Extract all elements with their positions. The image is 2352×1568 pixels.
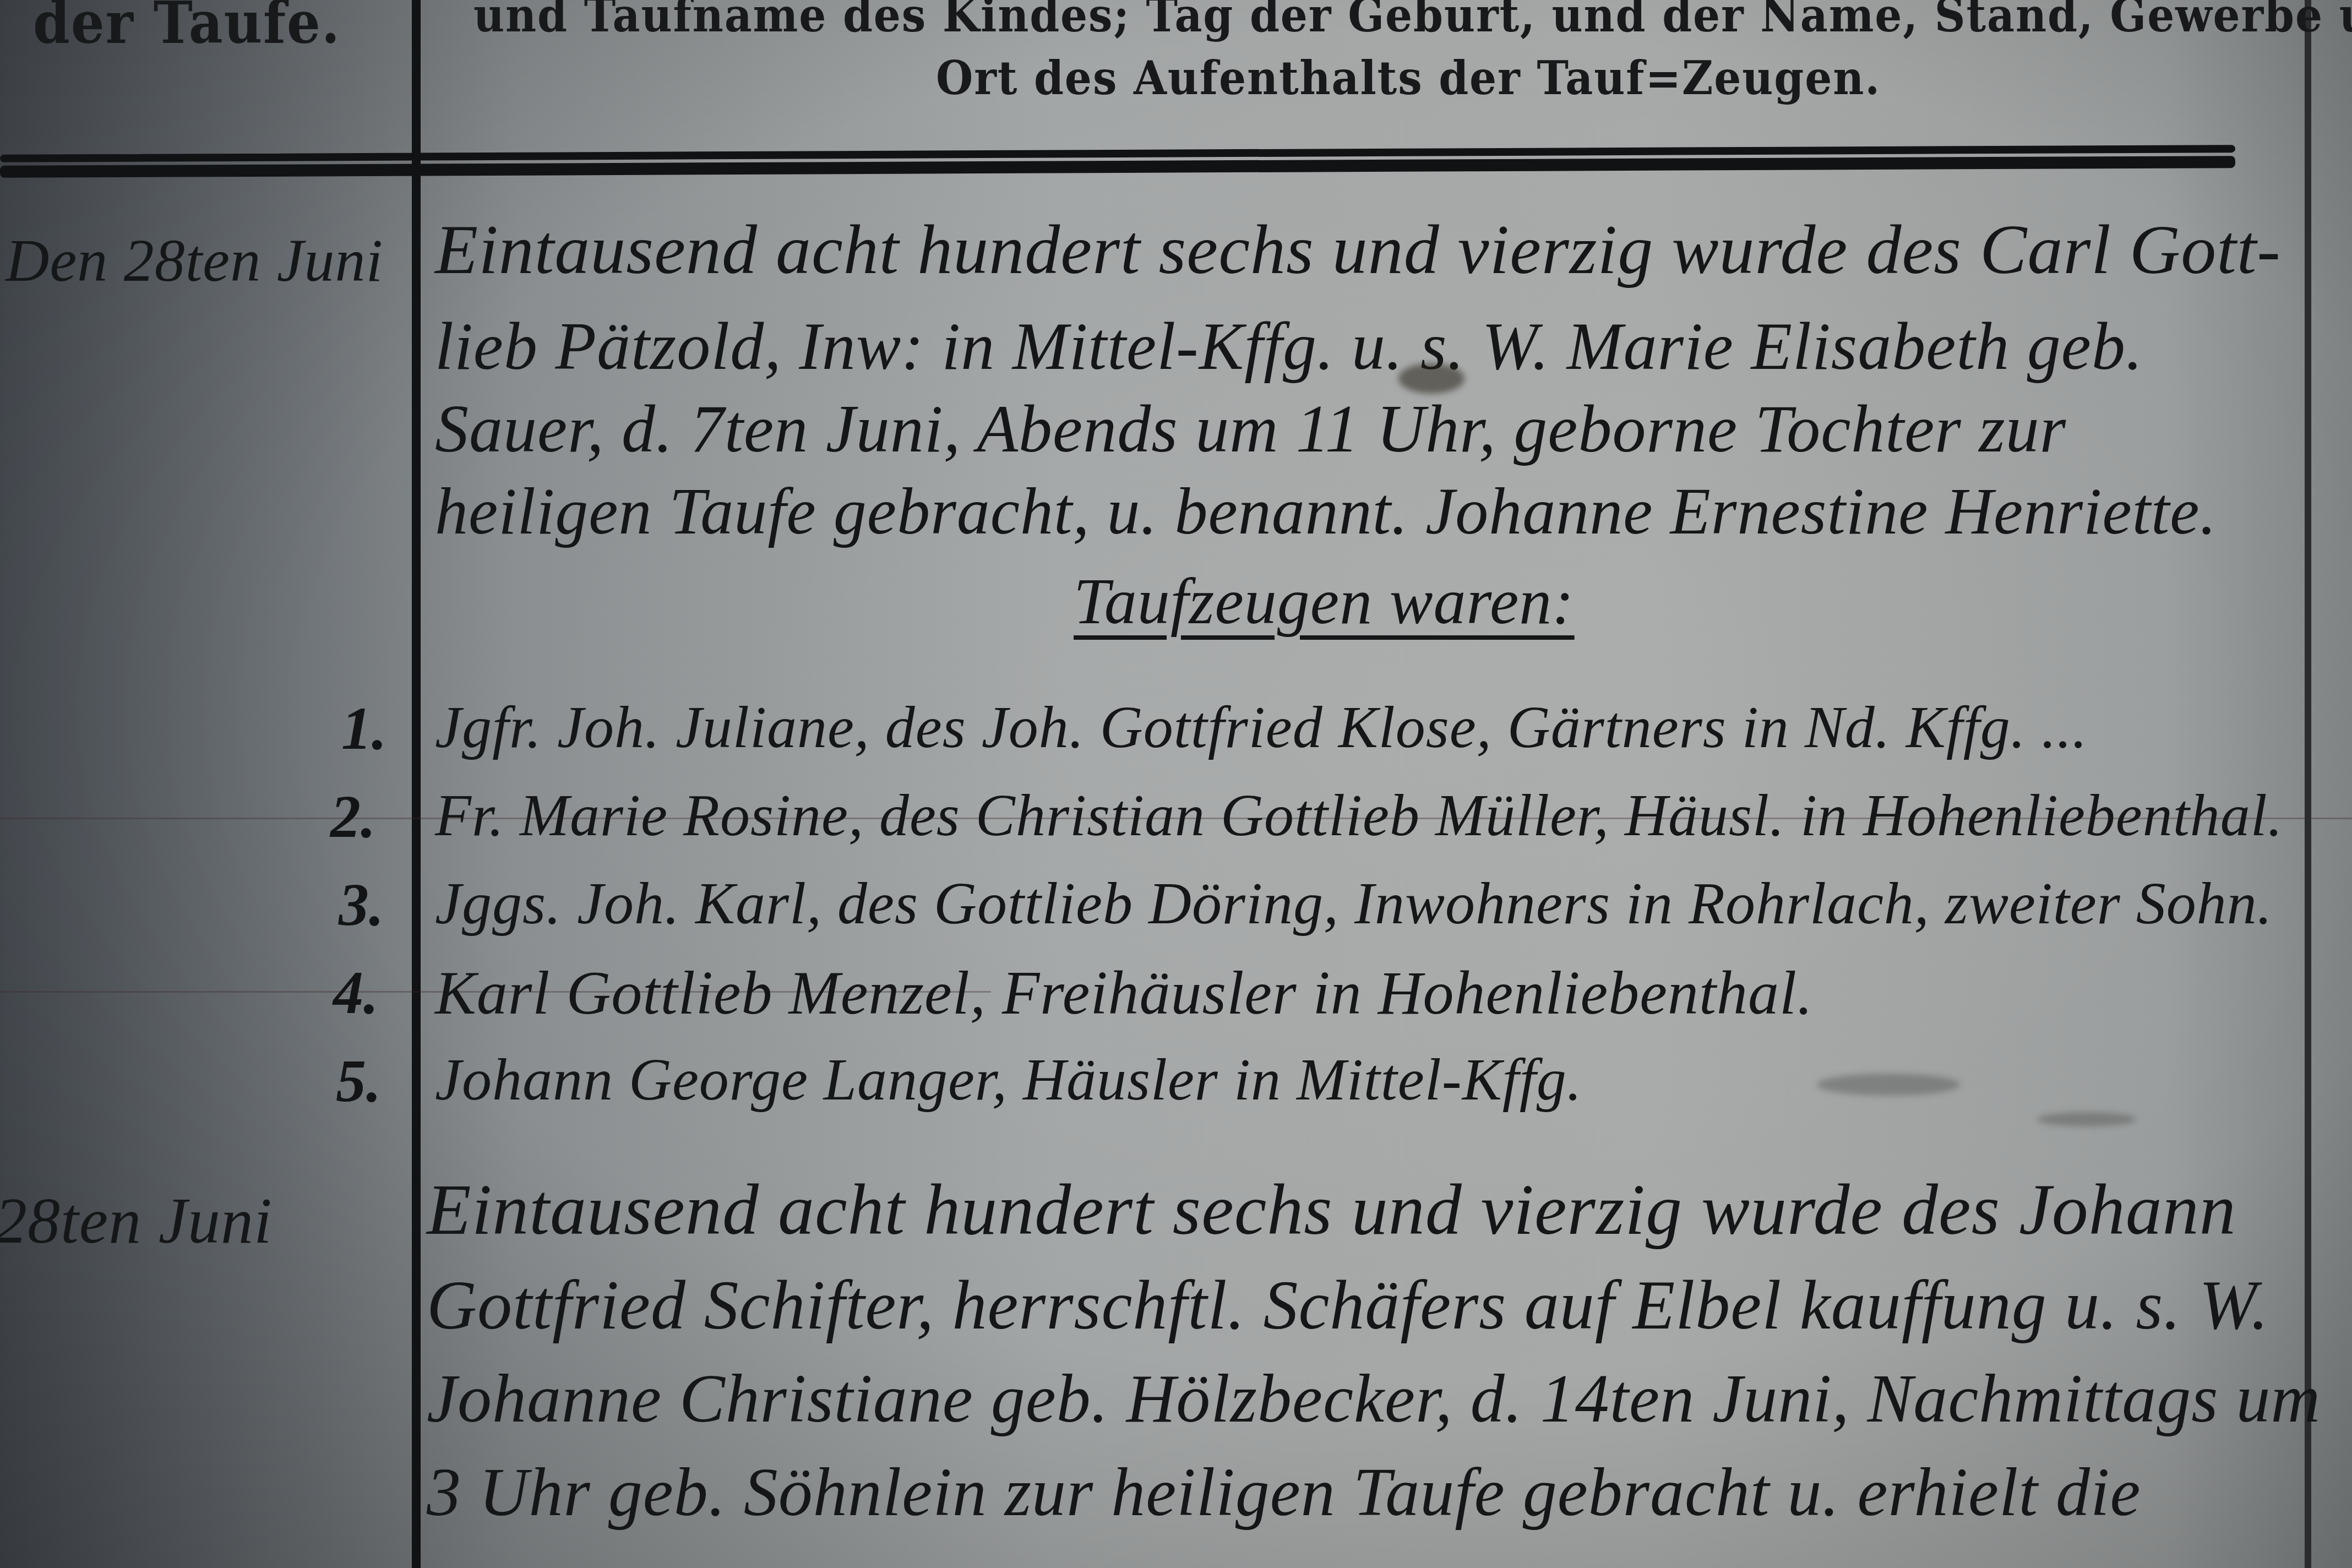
header-main-line-2: Ort des Aufenthalts der Tauf=Zeugen.: [936, 51, 1881, 105]
entry-text-line: Eintausend acht hundert sechs und vierzi…: [435, 209, 2281, 290]
witness-number: 3.: [339, 870, 384, 940]
witness-text: Jggs. Joh. Karl, des Gottlieb Döring, In…: [435, 870, 2273, 938]
witness-text: Karl Gottlieb Menzel, Freihäusler in Hoh…: [435, 958, 1813, 1029]
entry-date: Den 28ten Juni: [6, 226, 383, 296]
header-left-column-title: der Taufe.: [33, 0, 341, 57]
witness-text: Johann George Langer, Häusler in Mittel-…: [435, 1046, 1582, 1114]
right-border-line: [2305, 0, 2311, 1568]
column-divider-line: [412, 0, 421, 1568]
entry-text-line: heiligen Taufe gebracht, u. benannt. Joh…: [435, 473, 2217, 549]
entry-text-line: 3 Uhr geb. Söhnlein zur heiligen Taufe g…: [427, 1453, 2141, 1532]
witness-number: 5.: [336, 1046, 382, 1116]
entry-text-line: Eintausend acht hundert sechs und vierzi…: [427, 1167, 2236, 1251]
header-main-line-1: und Taufname des Kindes; Tag der Geburt,…: [473, 0, 2352, 42]
entry-text-line: Sauer, d. 7ten Juni, Abends um 11 Uhr, g…: [435, 391, 2066, 468]
pencil-mark: [1817, 1074, 1960, 1096]
pencil-mark: [2037, 1112, 2136, 1126]
entry-text-line: Johanne Christiane geb. Hölzbecker, d. 1…: [427, 1360, 2321, 1438]
witness-number: 1.: [341, 694, 387, 764]
entry-text-line: lieb Pätzold, Inw: in Mittel-Kffg. u. s.…: [435, 308, 2143, 385]
witness-text: Fr. Marie Rosine, des Christian Gottlieb…: [435, 782, 2283, 850]
witness-number: 2.: [330, 782, 376, 852]
entry-date: 28ten Juni: [0, 1184, 273, 1259]
witnesses-heading: Taufzeugen waren:: [1074, 564, 1575, 639]
witness-text: Jgfr. Joh. Juliane, des Joh. Gottfried K…: [435, 694, 2088, 762]
ink-blot: [1398, 363, 1464, 394]
entry-text-line: Gottfried Schifter, herrschftl. Schäfers…: [427, 1266, 2269, 1346]
witness-number: 4.: [333, 958, 379, 1028]
